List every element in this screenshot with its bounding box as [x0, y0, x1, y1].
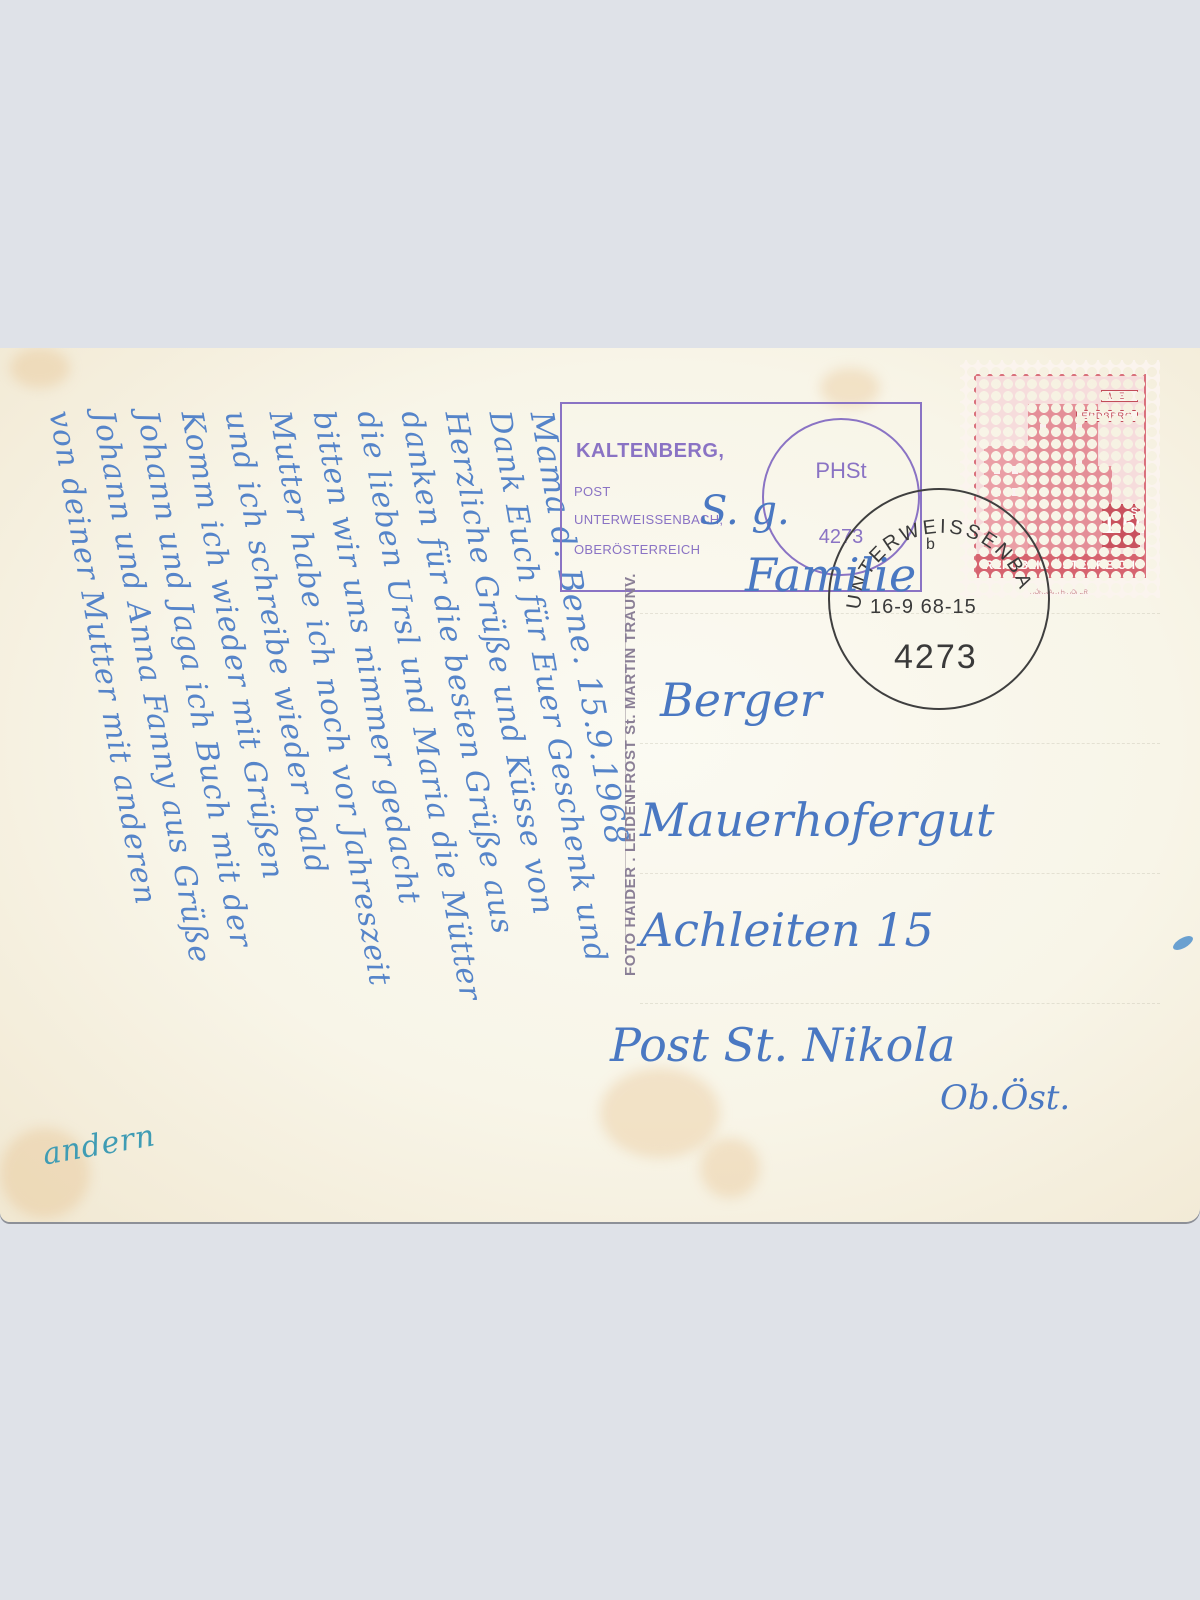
cachet-circle-top: PHSt: [764, 458, 918, 484]
stamp-denomination: 1.50 S: [1102, 504, 1140, 548]
cachet-line: POST: [574, 484, 611, 499]
stain: [600, 1068, 720, 1158]
ink-blot: [1171, 933, 1195, 954]
address-guide-line: [640, 743, 1160, 744]
stamp-district-label: ERDBERG: [1076, 410, 1138, 422]
postcard-back: Mama d. Bene. 15.9.1968Dank Euch für Eue…: [0, 348, 1200, 1222]
address-line: Mauerhofergut: [640, 793, 994, 847]
address-line: Ob.Öst.: [940, 1078, 1070, 1118]
address-line: Berger: [660, 673, 822, 727]
postmark-code: b: [926, 536, 935, 554]
address-guide-line: [640, 1003, 1160, 1004]
stain: [10, 348, 70, 388]
stain: [700, 1138, 760, 1198]
stamp-city-label: WIEN: [1101, 390, 1139, 402]
message-closing: andern: [40, 1118, 158, 1172]
photo-credit: FOTO HAIDER . LEIDENFROST St. MARTIN TRA…: [622, 573, 639, 976]
cachet-town: KALTENBERG,: [576, 440, 724, 463]
address-line: Post St. Nikola: [610, 1018, 955, 1072]
address-line: Achleiten 15: [640, 903, 934, 957]
cachet-line: OBERÖSTERREICH: [574, 542, 700, 557]
address-salutation: S. g.: [700, 488, 790, 534]
postmark-postal-code: 4273: [894, 638, 978, 677]
address-guide-line: [640, 873, 1160, 874]
address-line: Familie: [745, 548, 916, 602]
